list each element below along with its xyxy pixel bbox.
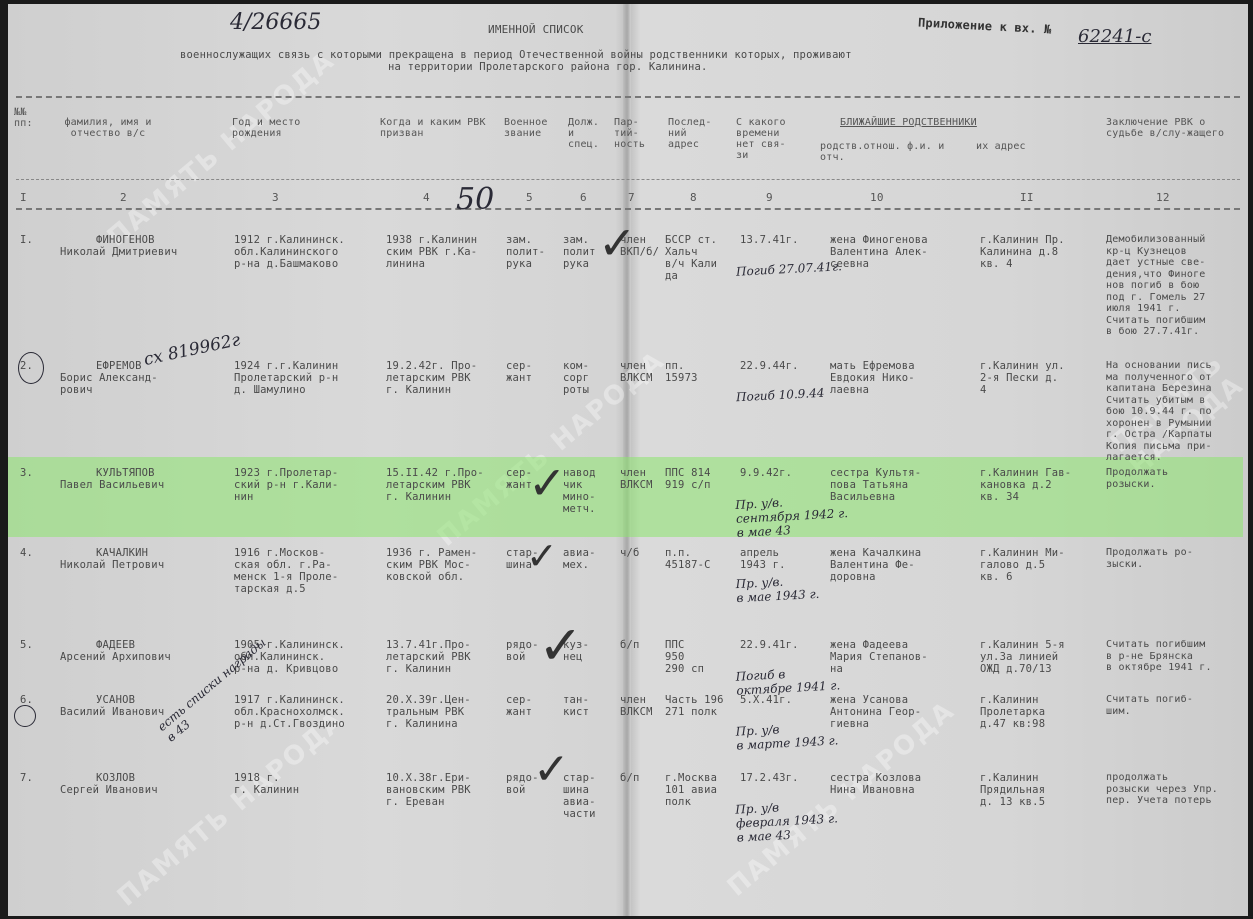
- colnum-9: 9: [766, 192, 773, 204]
- cell-no-contact: 22.9.44г.: [740, 360, 799, 372]
- colnum-4: 4: [423, 192, 430, 204]
- cell-conclusion: Считать погиб- шим.: [1106, 694, 1193, 717]
- cell-relative-address: г.Калинин Пр. Калинина д.8 кв. 4: [980, 234, 1065, 270]
- colnum-12: 12: [1156, 192, 1170, 204]
- cell-rank: сер- жант: [506, 694, 532, 718]
- handwritten-note: Пр. у/в в марте 1943 г.: [735, 719, 838, 752]
- cell-given-name: Борис Александ- рович: [60, 372, 158, 396]
- header-relatives-group: БЛИЖАЙШИЕ РОДСТВЕННИКИ: [840, 117, 1080, 128]
- cell-given-name: Арсений Архипович: [60, 651, 171, 663]
- document-title: ИМЕННОЙ СПИСОК: [488, 24, 584, 36]
- check-mark-icon: ✓: [533, 744, 570, 795]
- subtitle-line-1: военнослужащих связь с которыми прекраще…: [180, 49, 852, 61]
- cell-last-address: г.Москва 101 авиа полк: [665, 772, 717, 808]
- handwritten-note: Пр. у/в. сентября 1942 г. в мае 43: [735, 492, 849, 540]
- colnum-1: I: [20, 192, 27, 204]
- cell-last-address: ППС 950 290 сп: [665, 639, 704, 675]
- cell-party: б/п: [620, 639, 640, 651]
- cell-given-name: Василий Иванович: [60, 706, 164, 718]
- handwritten-note: Погиб в октябре 1941 г.: [735, 664, 840, 697]
- subtitle-line-2: на территории Пролетарского района гор. …: [388, 61, 708, 73]
- cell-relative-address: г.Калинин Ми- галово д.5 кв. 6: [980, 547, 1065, 583]
- header-birth: Год и место рождения: [232, 117, 342, 139]
- cell-rank: рядо- вой: [506, 639, 539, 663]
- cell-conclusion: На основании пись ма полученного от капи…: [1106, 360, 1212, 464]
- header-drafted: Когда и каким РВК призван: [380, 117, 500, 139]
- cell-party: член ВЛКСМ: [620, 467, 653, 491]
- cell-drafted: 15.II.42 г.Про- летарским РВК г. Калинин: [386, 467, 484, 503]
- appendix-label: Приложение к вх. №: [918, 17, 1052, 36]
- cell-birth: 1916 г.Москов- ская обл. г.Ра- менск 1-я…: [234, 547, 338, 595]
- cell-surname: КОЗЛОВ: [96, 772, 135, 784]
- cell-party: член ВЛКСМ: [620, 694, 653, 718]
- cell-position: тан- кист: [563, 694, 589, 718]
- cell-no-contact: 13.7.41г.: [740, 234, 799, 246]
- cell-surname: УСАНОВ: [96, 694, 135, 706]
- header-relative: родств.отнош. ф.и. и отч.: [820, 141, 950, 163]
- cell-conclusion: Продолжать розыски.: [1106, 467, 1168, 490]
- cell-given-name: Николай Дмитриевич: [60, 246, 177, 258]
- cell-relative-address: г.Калинин Гав- кановка д.2 кв. 34: [980, 467, 1071, 503]
- cell-given-name: Сергей Иванович: [60, 784, 158, 796]
- cell-surname: ФАДЕЕВ: [96, 639, 135, 651]
- table-header-bottom-rule: [16, 208, 1240, 210]
- cell-relative: сестра Козлова Нина Ивановна: [830, 772, 921, 796]
- cell-drafted: 13.7.41г.Про- летарский РВК г. Калинин: [386, 639, 471, 675]
- cell-relative: жена Фадеева Мария Степанов- на: [830, 639, 928, 675]
- cell-no-contact: апрель 1943 г.: [740, 547, 786, 571]
- cell-drafted: 1936 г. Рамен- ским РВК Мос- ковской обл…: [386, 547, 477, 583]
- cell-last-address: пп. 15973: [665, 360, 698, 384]
- cell-birth: 1917 г.Калининск. обл.Краснохолмск. р-н …: [234, 694, 345, 730]
- cell-party: ч/б: [620, 547, 640, 559]
- cell-num: 4.: [20, 547, 33, 559]
- header-relative-address: их адрес: [976, 141, 1076, 152]
- cell-no-contact: 17.2.43г.: [740, 772, 799, 784]
- cell-party: б/п: [620, 772, 640, 784]
- cell-relative: жена Финогенова Валентина Алек- сеевна: [830, 234, 928, 270]
- cell-num: 3.: [20, 467, 33, 479]
- cell-surname: ФИНОГЕНОВ: [96, 234, 155, 246]
- cell-relative: мать Ефремова Евдокия Нико- лаевна: [830, 360, 915, 396]
- cell-last-address: п.п. 45187-С: [665, 547, 711, 571]
- colnum-3: 3: [272, 192, 279, 204]
- cell-relative-address: г.Калинин 5-я ул.За линией ОЖД д.70/13: [980, 639, 1065, 675]
- check-mark-icon: ✓: [538, 614, 583, 677]
- watermark: ПАМЯТЬ НАРОДА: [102, 45, 341, 252]
- cell-relative-address: г.Калинин Прядильная д. 13 кв.5: [980, 772, 1045, 808]
- check-mark-icon: ✓: [528, 456, 567, 510]
- cell-position: ком- сорг роты: [563, 360, 589, 396]
- cell-position: зам. полит рука: [563, 234, 596, 270]
- cell-conclusion: Демобилизованный кр-ц Кузнецов дает устн…: [1106, 234, 1206, 338]
- cell-conclusion: Считать погибшим в р-не Брянска в октябр…: [1106, 639, 1212, 674]
- colnum-8: 8: [690, 192, 697, 204]
- cell-no-contact: 22.9.41г.: [740, 639, 799, 651]
- cell-position: навод чик мино- метч.: [563, 467, 596, 515]
- cell-rank: зам. полит- рука: [506, 234, 545, 270]
- cell-last-address: ППС 814 919 с/п: [665, 467, 711, 491]
- cell-drafted: 10.X.38г.Ери- вановским РВК г. Ереван: [386, 772, 471, 808]
- colnum-11: II: [1020, 192, 1034, 204]
- cell-no-contact: 5.X.41г.: [740, 694, 792, 706]
- cell-relative: жена Качалкина Валентина Фе- доровна: [830, 547, 921, 583]
- check-mark-icon: ✓: [526, 534, 558, 578]
- row-circle-mark: [14, 705, 36, 727]
- colnum-5: 5: [526, 192, 533, 204]
- cell-relative-address: г.Калинин ул. 2-я Пески д. 4: [980, 360, 1065, 396]
- header-divider: [16, 179, 1240, 180]
- cell-surname: КУЛЬТЯПОВ: [96, 467, 155, 479]
- handwritten-note: Пр. у/в февраля 1943 г. в мае 43: [735, 797, 839, 844]
- handwritten-note: Погиб 27.07.41г.: [736, 259, 843, 279]
- document-page: ПАМЯТЬ НАРОДА ПАМЯТЬ НАРОДА ПАМЯТЬ НАРОД…: [8, 4, 1248, 916]
- cell-given-name: Николай Петрович: [60, 559, 164, 571]
- handwritten-number: 50: [456, 182, 494, 217]
- cell-birth: 1924 г.г.Калинин Пролетарский р-н д. Шам…: [234, 360, 338, 396]
- colnum-10: 10: [870, 192, 884, 204]
- cell-surname: ЕФРЕМОВ: [96, 360, 142, 372]
- cell-rank: сер- жант: [506, 360, 532, 384]
- handwritten-note: Погиб 10.9.44: [736, 386, 825, 405]
- header-last-address: Послед-ний адрес: [668, 117, 718, 150]
- cell-num: I.: [20, 234, 33, 246]
- header-position: Долж. и спец.: [568, 117, 608, 150]
- archive-number: 4/26665: [230, 10, 321, 35]
- cell-last-address: БССР ст. Хальч в/ч Кали да: [665, 234, 717, 282]
- cell-num: 7.: [20, 772, 33, 784]
- table-top-rule: [16, 96, 1240, 98]
- colnum-2: 2: [120, 192, 127, 204]
- watermark: ПАМЯТЬ НАРОДА: [112, 705, 351, 912]
- cell-conclusion: Продолжать ро- зыски.: [1106, 547, 1193, 570]
- check-mark-icon: ✓: [598, 216, 637, 270]
- appendix-number: 62241-с: [1078, 26, 1151, 47]
- header-party: Пар-тий-ность: [614, 117, 650, 150]
- cell-position: авиа- мех.: [563, 547, 596, 571]
- header-rank: Военное звание: [504, 117, 564, 139]
- header-name: фамилия, имя и отчество в/с: [38, 117, 178, 139]
- cell-birth: 1918 г. г. Калинин: [234, 772, 299, 796]
- header-no-contact: С какого времени нет свя-зи: [736, 117, 796, 161]
- cell-num: 5.: [20, 639, 33, 651]
- cell-last-address: Часть 196 271 полк: [665, 694, 724, 718]
- cell-no-contact: 9.9.42г.: [740, 467, 792, 479]
- cell-drafted: 20.X.39г.Цен- тральным РВК г. Калинина: [386, 694, 471, 730]
- cell-party: член ВЛКСМ: [620, 360, 653, 384]
- header-conclusion: Заключение РВК о судьбе в/слу-жащего: [1106, 117, 1236, 139]
- cell-surname: КАЧАЛКИН: [96, 547, 148, 559]
- cell-conclusion: продолжать розыски через Упр. пер. Учета…: [1106, 772, 1218, 807]
- handwritten-note: Пр. у/в. в мае 1943 г.: [735, 573, 819, 605]
- cell-birth: 1923 г.Пролетар- ский р-н г.Кали- нин: [234, 467, 338, 503]
- cell-drafted: 1938 г.Калинин ским РВК г.Ка- линина: [386, 234, 477, 270]
- colnum-7: 7: [628, 192, 635, 204]
- colnum-6: 6: [580, 192, 587, 204]
- cell-relative-address: г.Калинин Пролетарка д.47 кв:98: [980, 694, 1045, 730]
- cell-given-name: Павел Васильевич: [60, 479, 164, 491]
- cell-relative: жена Усанова Антонина Геор- гиевна: [830, 694, 921, 730]
- cell-birth: 1912 г.Калининск. обл.Калининского р-на …: [234, 234, 345, 270]
- row-circle-mark: [18, 352, 44, 384]
- cell-drafted: 19.2.42г. Про- летарским РВК г. Калинин: [386, 360, 477, 396]
- handwritten-code: сх 819962г: [142, 330, 242, 370]
